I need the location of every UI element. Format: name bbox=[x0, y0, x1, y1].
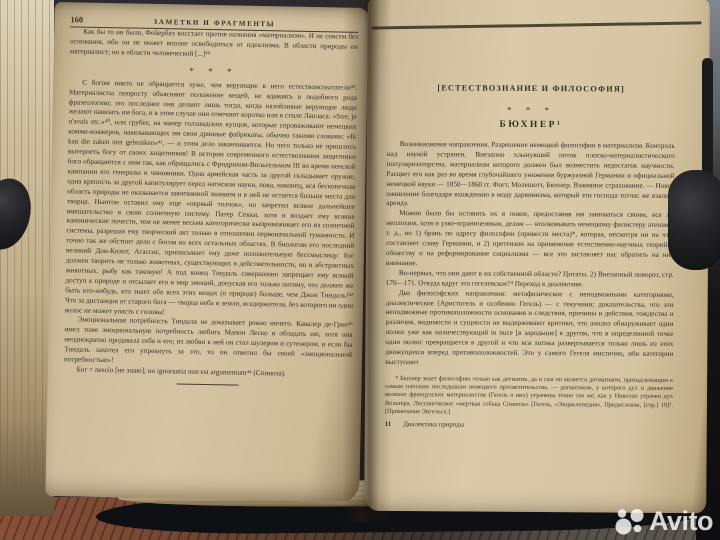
avito-watermark-text: Avito bbox=[649, 506, 713, 537]
printer-signature-row: 11 Диалектика природы bbox=[385, 421, 673, 430]
body-paragraph: Возникновение направления. Разрешение не… bbox=[386, 140, 674, 211]
book-photo: 160 ЗАМЕТКИ И ФРАГМЕНТЫ Как бы то ни был… bbox=[0, 0, 720, 540]
section-separator: * * * bbox=[387, 104, 675, 116]
body-paragraph: Два философских направления: метафизичес… bbox=[385, 289, 674, 370]
left-page-text-block: 160 ЗАМЕТКИ И ФРАГМЕНТЫ Как бы то ни был… bbox=[63, 14, 358, 387]
book-gutter-shadow bbox=[342, 0, 392, 522]
body-paragraph: Можно было бы оставить их в покое, предо… bbox=[386, 209, 674, 270]
footnote: * Бюхнер знает философию только как догм… bbox=[385, 375, 673, 418]
body-paragraph: Во-первых, что они дают в их собственной… bbox=[386, 269, 674, 291]
signature-title: Диалектика природы bbox=[403, 421, 464, 428]
avito-watermark: Avito bbox=[614, 505, 713, 537]
right-page: [ЕСТЕСТВОЗНАНИЕ И ФИЛОСОФИЯ] * * * БЮХНЕ… bbox=[364, 0, 710, 513]
running-header: ЗАМЕТКИ И ФРАГМЕНТЫ bbox=[96, 17, 332, 30]
end-of-section-rule bbox=[176, 383, 238, 385]
section-separator: * * * bbox=[69, 63, 357, 79]
page-holder-clip-right bbox=[668, 170, 720, 270]
right-page-text-block: [ЕСТЕСТВОЗНАНИЕ И ФИЛОСОФИЯ] * * * БЮХНЕ… bbox=[385, 37, 676, 430]
body-paragraph: Как бы то ни было, Фейербах восстает про… bbox=[70, 27, 359, 62]
chapter-title: БЮХНЕР¹ bbox=[387, 119, 675, 131]
body-paragraph: С богом никто не обращается хуже, чем ве… bbox=[65, 78, 358, 321]
page-number: 160 bbox=[70, 14, 96, 24]
left-page: 160 ЗАМЕТКИ И ФРАГМЕНТЫ Как бы то ни был… bbox=[45, 2, 368, 502]
section-title: [ЕСТЕСТВОЗНАНИЕ И ФИЛОСОФИЯ] bbox=[387, 83, 675, 94]
avito-logo-icon bbox=[614, 505, 646, 537]
body-paragraph: Эмоциональная потребность Тиндаля не док… bbox=[64, 316, 353, 371]
page-top-edge-shadow bbox=[372, 21, 702, 29]
book-stand-arm bbox=[702, 58, 713, 180]
